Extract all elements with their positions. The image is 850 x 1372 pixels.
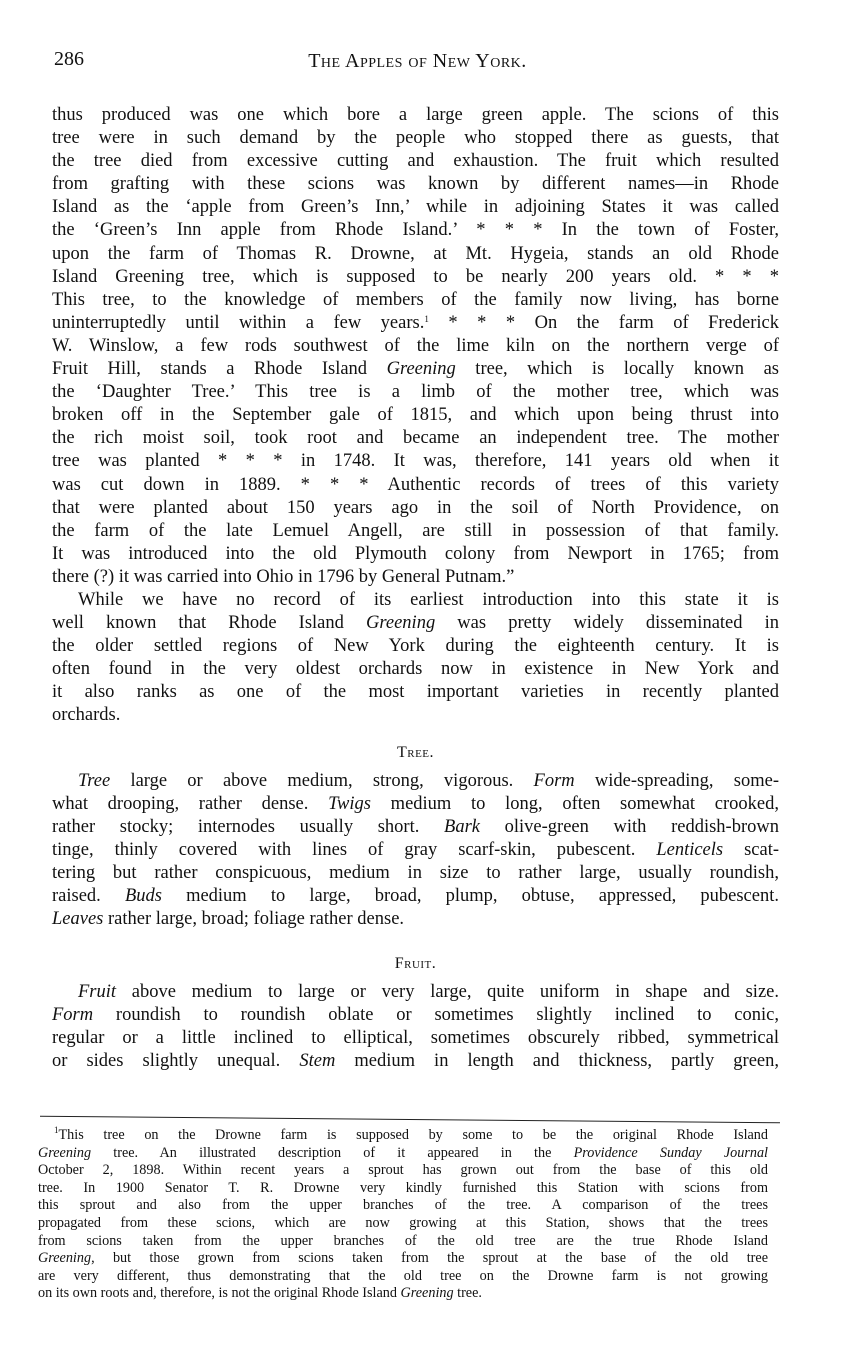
- line-text: wide-spreading, some-: [575, 771, 779, 791]
- text-line: broken off in the September gale of 1815…: [52, 404, 779, 427]
- line-text: raised.: [52, 886, 125, 906]
- footnote-line: on its own roots and, therefore, is not …: [38, 1285, 768, 1303]
- footnote-line: propagated from these scions, which are …: [38, 1215, 768, 1233]
- line-text: uninterruptedly until within a few years…: [52, 313, 424, 333]
- line-text: what drooping, rather dense.: [52, 794, 328, 814]
- line-text: rather large, broad; foliage rather dens…: [103, 909, 404, 929]
- text-line: there (?) it was carried into Ohio in 17…: [52, 566, 779, 589]
- line-text: medium in length and thickness, partly g…: [335, 1051, 779, 1071]
- line-text: well known that Rhode Island: [52, 613, 366, 633]
- italic-term: Greening: [38, 1145, 91, 1161]
- text-line: Fruit Hill, stands a Rhode Island Greeni…: [52, 358, 779, 381]
- italic-term: Tree: [78, 771, 110, 791]
- line-text: above medium to large or very large, qui…: [116, 982, 779, 1002]
- text-line: the tree died from excessive cutting and…: [52, 150, 779, 173]
- footnote-line: from scions taken from the upper branche…: [38, 1233, 768, 1251]
- line-text: on its own roots and, therefore, is not …: [38, 1285, 401, 1301]
- footnote-line: October 2, 1898. Within recent years a s…: [38, 1162, 768, 1180]
- footnote-line: Greening tree. An illustrated descriptio…: [38, 1145, 768, 1163]
- italic-term: Form: [534, 771, 575, 791]
- line-text: roundish to roundish oblate or sometimes…: [93, 1005, 779, 1025]
- line-text: * * * On the farm of Frederick: [429, 313, 779, 333]
- italic-term: Lenticels: [656, 840, 723, 860]
- text-line: This tree, to the knowledge of members o…: [52, 289, 779, 312]
- text-line: the farm of the late Lemuel Angell, are …: [52, 520, 779, 543]
- italic-term: Form: [52, 1005, 93, 1025]
- text-line: uninterruptedly until within a few years…: [52, 312, 779, 335]
- italic-term: Greening: [366, 613, 435, 633]
- text-line: While we have no record of its earliest …: [52, 589, 779, 612]
- text-line: rather stocky; internodes usually short.…: [52, 816, 779, 839]
- text-line: Island Greening tree, which is supposed …: [52, 266, 779, 289]
- italic-term: Leaves: [52, 909, 103, 929]
- footnote: 1This tree on the Drowne farm is suppose…: [38, 1127, 768, 1303]
- italic-term: Fruit: [78, 982, 116, 1002]
- text-line: often found in the very oldest orchards …: [52, 658, 779, 681]
- text-line: raised. Buds medium to large, broad, plu…: [52, 885, 779, 908]
- text-line: the rich moist soil, took root and becam…: [52, 427, 779, 450]
- line-text: This tree on the Drowne farm is supposed…: [59, 1127, 769, 1143]
- footnote-line: are very different, thus demonstrating t…: [38, 1268, 768, 1286]
- text-line: the ‘Green’s Inn apple from Rhode Island…: [52, 219, 779, 242]
- italic-term: Bark: [444, 817, 480, 837]
- line-text: , but those grown from scions taken from…: [91, 1250, 768, 1266]
- text-line: regular or a little inclined to elliptic…: [52, 1027, 779, 1050]
- line-text: rather stocky; internodes usually short.: [52, 817, 444, 837]
- footnote-divider: [40, 1116, 780, 1123]
- italic-term: Greening: [38, 1250, 91, 1266]
- italic-term: Twigs: [328, 794, 371, 814]
- text-line: W. Winslow, a few rods southwest of the …: [52, 335, 779, 358]
- italic-citation: Providence Sunday Journal: [574, 1145, 768, 1161]
- line-text: medium to long, often somewhat crooked,: [371, 794, 779, 814]
- text-line: Leaves rather large, broad; foliage rath…: [52, 908, 779, 931]
- section-heading-fruit: Fruit.: [52, 955, 779, 973]
- fruit-paragraph: Fruit above medium to large or very larg…: [52, 981, 779, 1073]
- intro-paragraph: While we have no record of its earliest …: [52, 589, 779, 728]
- section-heading-tree: Tree.: [52, 744, 779, 762]
- line-text: tree. An illustrated description of it a…: [91, 1145, 574, 1161]
- text-line: It was introduced into the old Plymouth …: [52, 543, 779, 566]
- book-page: 286 The Apples of New York. thus produce…: [0, 0, 850, 1372]
- text-line: Island as the ‘apple from Green’s Inn,’ …: [52, 196, 779, 219]
- text-line: Tree large or above medium, strong, vigo…: [52, 770, 779, 793]
- footnote-line: Greening, but those grown from scions ta…: [38, 1250, 768, 1268]
- text-line: well known that Rhode Island Greening wa…: [52, 612, 779, 635]
- text-line: the older settled regions of New York du…: [52, 635, 779, 658]
- text-line: tree were in such demand by the people w…: [52, 127, 779, 150]
- italic-term: Stem: [299, 1051, 335, 1071]
- line-text: tinge, thinly covered with lines of gray…: [52, 840, 656, 860]
- text-line: what drooping, rather dense. Twigs mediu…: [52, 793, 779, 816]
- text-line: tinge, thinly covered with lines of gray…: [52, 839, 779, 862]
- text-line: tering but rather conspicuous, medium in…: [52, 862, 779, 885]
- text-line: from grafting with these scions was know…: [52, 173, 779, 196]
- line-text: Fruit Hill, stands a Rhode Island: [52, 359, 387, 379]
- text-line: upon the farm of Thomas R. Drowne, at Mt…: [52, 243, 779, 266]
- line-text: olive-green with reddish-brown: [480, 817, 779, 837]
- text-line: it also ranks as one of the most importa…: [52, 681, 779, 704]
- line-text: tree.: [454, 1285, 482, 1301]
- text-line: or sides slightly unequal. Stem medium i…: [52, 1050, 779, 1073]
- line-text: medium to large, broad, plump, obtuse, a…: [162, 886, 779, 906]
- text-line: thus produced was one which bore a large…: [52, 104, 779, 127]
- running-title: The Apples of New York.: [54, 50, 781, 73]
- text-line: the ‘Daughter Tree.’ This tree is a limb…: [52, 381, 779, 404]
- line-text: large or above medium, strong, vigorous.: [110, 771, 533, 791]
- text-line: Form roundish to roundish oblate or some…: [52, 1004, 779, 1027]
- text-line: Fruit above medium to large or very larg…: [52, 981, 779, 1004]
- tree-paragraph: Tree large or above medium, strong, vigo…: [52, 770, 779, 932]
- text-line: that were planted about 150 years ago in…: [52, 497, 779, 520]
- line-text: was pretty widely disseminated in: [435, 613, 779, 633]
- page-header: 286 The Apples of New York.: [54, 48, 781, 78]
- continuation-paragraph: thus produced was one which bore a large…: [52, 104, 779, 589]
- footnote-line: this sprout and also from the upper bran…: [38, 1197, 768, 1215]
- main-text: thus produced was one which bore a large…: [52, 104, 779, 1074]
- italic-term: Greening: [401, 1285, 454, 1301]
- footnote-line: 1This tree on the Drowne farm is suppose…: [38, 1127, 768, 1145]
- italic-term: Buds: [125, 886, 162, 906]
- text-line: was cut down in 1889. * * * Authentic re…: [52, 474, 779, 497]
- line-text: tree, which is locally known as: [456, 359, 779, 379]
- text-line: tree was planted * * * in 1748. It was, …: [52, 450, 779, 473]
- footnote-line: tree. In 1900 Senator T. R. Drowne very …: [38, 1180, 768, 1198]
- italic-term: Greening: [387, 359, 456, 379]
- line-text: scat-: [723, 840, 779, 860]
- line-text: or sides slightly unequal.: [52, 1051, 299, 1071]
- text-line: orchards.: [52, 704, 779, 727]
